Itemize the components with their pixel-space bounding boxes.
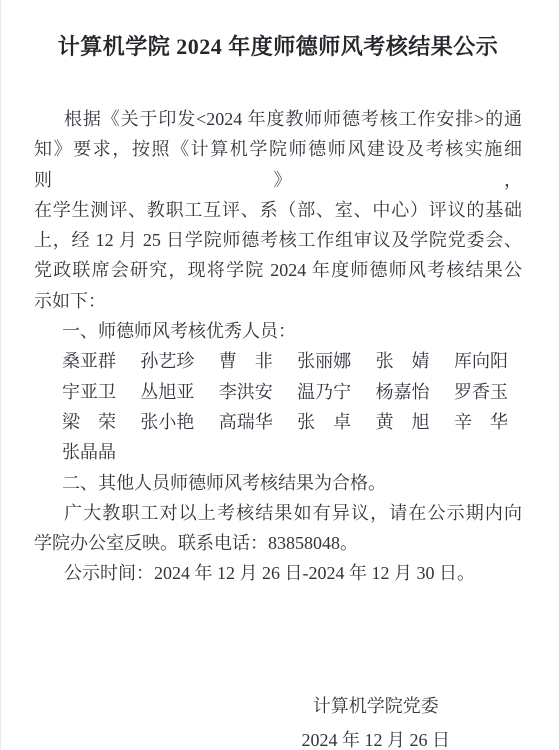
paragraph-line-contact: 学院办公室反映。联系电话：83858048。 [34,528,522,558]
person-name: 曹 非 [219,346,273,376]
section-heading-qualified: 二、其他人员师德师风考核结果为合格。 [34,468,522,498]
person-name: 张丽娜 [297,346,351,376]
paragraph-line: 上，经 12 月 25 日学院师德考核工作组审议及学院党委会、 [34,225,522,255]
announcement-page: 计算机学院 2024 年度师德师风考核结果公示 根据《关于印发<2024 年度教… [0,0,559,750]
person-name: 温乃宁 [297,377,351,407]
person-name: 桑亚群 [62,346,116,376]
person-name: 高瑞华 [219,407,273,437]
document-body: 根据《关于印发<2024 年度教师师德考核工作安排>的通 知》要求，按照《计算机… [34,104,522,589]
signature-block: 计算机学院党委 2024 年 12 月 26 日 [34,689,522,750]
person-name: 宇亚卫 [62,377,116,407]
person-name-last: 张晶晶 [34,437,522,467]
person-name: 黄 旭 [376,407,430,437]
page-title: 计算机学院 2024 年度师德师风考核结果公示 [34,33,522,61]
person-name: 辛 华 [454,407,508,437]
signature-date: 2024 年 12 月 26 日 [302,723,451,750]
person-name: 张 婧 [376,346,430,376]
blank-space [34,589,522,689]
person-name: 梁 荣 [62,407,116,437]
paragraph-line: 根据《关于印发<2024 年度教师师德考核工作安排>的通 [34,104,522,134]
section-heading-excellent: 一、师德师风考核优秀人员： [34,316,522,346]
names-row: 宇亚卫 丛旭亚 李洪安 温乃宁 杨嘉怡 罗香玉 [34,377,522,407]
paragraph-line: 在学生测评、教职工互评、系（部、室、中心）评议的基础 [34,195,522,225]
paragraph-line: 广大教职工对以上考核结果如有异议，请在公示期内向 [34,498,522,528]
paragraph-line: 知》要求，按照《计算机学院师德师风建设及考核实施细则》， [34,134,522,195]
person-name: 丛旭亚 [140,377,194,407]
person-name: 孙艺珍 [140,346,194,376]
person-name: 罗香玉 [454,377,508,407]
signature-org: 计算机学院党委 [302,689,451,723]
page-content: 计算机学院 2024 年度师德师风考核结果公示 根据《关于印发<2024 年度教… [1,0,559,750]
names-row: 梁 荣 张小艳 高瑞华 张 卓 黄 旭 辛 华 [34,407,522,437]
person-name: 张 卓 [297,407,351,437]
publicity-period-line: 公示时间：2024 年 12 月 26 日-2024 年 12 月 30 日。 [34,558,522,588]
person-name: 李洪安 [219,377,273,407]
names-row: 桑亚群 孙艺珍 曹 非 张丽娜 张 婧 厍向阳 [34,346,522,376]
paragraph-line: 示如下： [34,286,522,316]
person-name: 厍向阳 [454,346,508,376]
paragraph-line: 党政联席会研究，现将学院 2024 年度师德师风考核结果公 [34,255,522,285]
person-name: 杨嘉怡 [376,377,430,407]
person-name: 张小艳 [140,407,194,437]
